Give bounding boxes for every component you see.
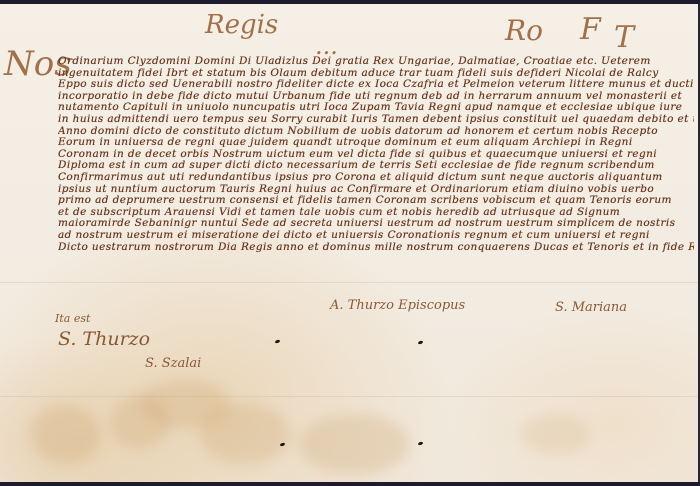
signature-center: A. Thurzo Episcopus bbox=[330, 298, 465, 313]
text-line: Confirmarimus aut uti redundantibus ipsi… bbox=[58, 172, 694, 184]
text-line: maioramirde Sebaninigr nuntui Sede ad se… bbox=[58, 218, 694, 230]
header-flourish: Regis bbox=[205, 10, 278, 40]
text-line: incorporatio in debe fide dicto mutui Ur… bbox=[58, 91, 694, 103]
text-line: nutamento Capituli in uniuolo nuncupatis… bbox=[58, 102, 694, 114]
manuscript-page: Nos Regis ... Ro F T Ordinarium Clyzdomi… bbox=[0, 4, 700, 482]
signature-right: S. Mariana bbox=[555, 300, 627, 315]
water-stain bbox=[520, 414, 590, 454]
text-line: Diploma est in cum ad super dicti dicto … bbox=[58, 160, 694, 172]
text-line: ad nostrum uestrum ei miseratione dei di… bbox=[58, 230, 694, 242]
text-line: Anno domini dicto de constituto dictum N… bbox=[58, 126, 694, 138]
text-line: et de subscriptum Arauensi Vidi et tamen… bbox=[58, 207, 694, 219]
header-flourish: F bbox=[580, 12, 601, 47]
fold-line bbox=[0, 282, 698, 283]
text-line: Eorum in uniuersa de regni quae juidem q… bbox=[58, 137, 694, 149]
text-line: in huius admittendi uero tempus seu Sorr… bbox=[58, 114, 694, 126]
text-line: Eppo suis dicto sed Uenerabili nostro fi… bbox=[58, 79, 694, 91]
fold-line bbox=[0, 396, 698, 397]
text-line: ipsius ut nuntium auctorum Tauris Regni … bbox=[58, 184, 694, 196]
body-text: Ordinarium Clyzdomini Domini Di Uladizlu… bbox=[58, 56, 694, 253]
water-stain bbox=[200, 404, 290, 464]
text-line: Dicto uestrarum nostrorum Dia Regis anno… bbox=[58, 242, 694, 254]
text-line: primo ad deprumere uestrum consensi et f… bbox=[58, 195, 694, 207]
header-flourish: Ro bbox=[505, 14, 543, 47]
ink-speck bbox=[418, 441, 424, 446]
ink-speck bbox=[275, 339, 281, 344]
water-stain bbox=[300, 414, 410, 474]
signature-note: Ita est bbox=[55, 312, 90, 325]
signature-left-lower: S. Szalai bbox=[145, 356, 201, 371]
text-line: Ordinarium Clyzdomini Domini Di Uladizlu… bbox=[58, 56, 694, 68]
signature-left: S. Thurzo bbox=[58, 328, 150, 350]
ink-speck bbox=[418, 340, 424, 345]
header-flourish: T bbox=[614, 20, 634, 55]
text-line: ingenuitatem fidei Ibrt et statum bis Ol… bbox=[58, 68, 694, 80]
water-stain bbox=[30, 404, 100, 464]
text-line: Coronam in de decet orbis Nostrum uictum… bbox=[58, 149, 694, 161]
